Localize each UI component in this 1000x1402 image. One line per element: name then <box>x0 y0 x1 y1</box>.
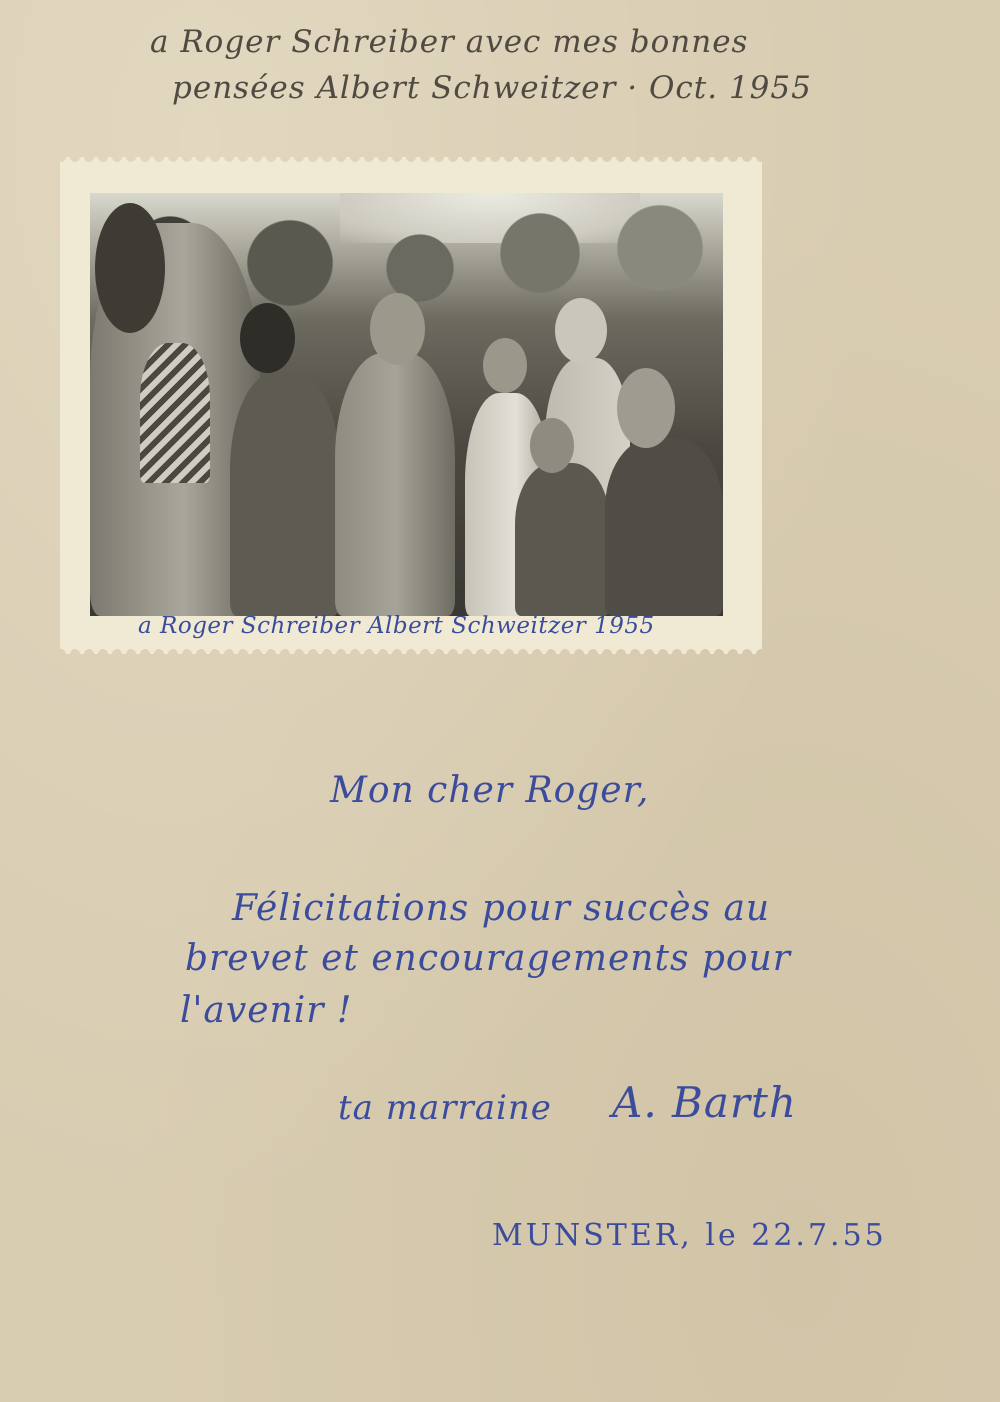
letter-body-line-2: brevet et encouragements pour <box>185 938 791 979</box>
photo-head-woman-jacket <box>483 338 527 393</box>
photo-figure-striped <box>140 343 210 483</box>
photograph-image <box>90 193 723 616</box>
photograph-print: a Roger Schreiber Albert Schweitzer 1955 <box>60 157 762 654</box>
photograph-caption: a Roger Schreiber Albert Schweitzer 1955 <box>138 613 655 639</box>
photo-head-white-haired-man <box>555 298 607 363</box>
photo-figure-boy-2 <box>605 438 723 616</box>
photo-head-woman-back <box>240 303 295 373</box>
letter-greeting: Mon cher Roger, <box>330 770 649 811</box>
photo-head-left-woman <box>95 203 165 333</box>
letter-place-date: MUNSTER, le 22.7.55 <box>492 1218 887 1253</box>
letter-signature: A. Barth <box>612 1078 797 1127</box>
photo-head-boy-1 <box>530 418 574 473</box>
photo-figure-man-suit <box>335 353 455 616</box>
photo-head-boy-2 <box>617 368 675 448</box>
letter-body-line-1: Félicitations pour succès au <box>232 888 770 929</box>
album-page: a Roger Schreiber avec mes bonnes pensée… <box>0 0 1000 1402</box>
photo-head-man-suit <box>370 293 425 365</box>
dedication-line-1: a Roger Schreiber avec mes bonnes <box>150 24 748 60</box>
photo-figure-woman-back <box>230 373 340 616</box>
letter-closing: ta marraine <box>338 1088 552 1128</box>
dedication-line-2: pensées Albert Schweitzer · Oct. 1955 <box>172 70 812 106</box>
letter-body-line-3: l'avenir ! <box>180 990 352 1031</box>
photo-figure-boy-1 <box>515 463 610 616</box>
